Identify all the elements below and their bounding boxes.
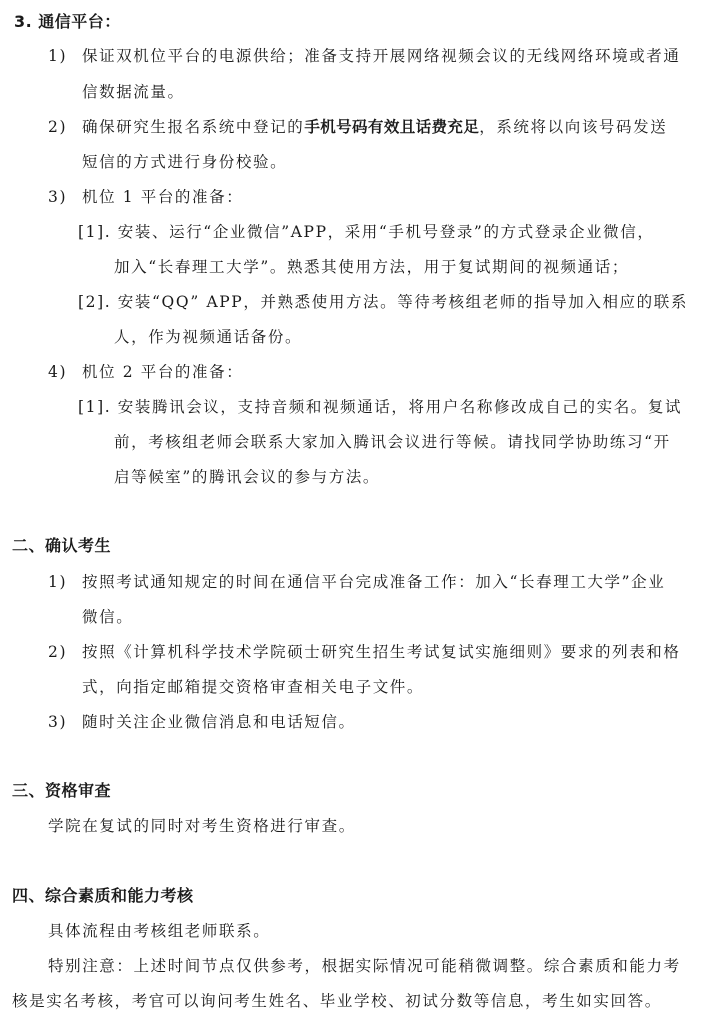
list-item-continuation: 短信的方式进行身份校验。 [82, 152, 287, 172]
sub-list-item-continuation: 加入“长春理工大学”。熟悉其使用方法，用于复试期间的视频通话； [114, 257, 629, 277]
list-item: 1)保证双机位平台的电源供给；准备支持开展网络视频会议的无线网络环境或者通 [48, 46, 681, 66]
list-item: 1)按照考试通知规定的时间在通信平台完成准备工作：加入“长春理工大学”企业 [48, 572, 665, 592]
list-item: 2)确保研究生报名系统中登记的手机号码有效且话费充足，系统将以向该号码发送 [48, 117, 667, 137]
sub-list-item-continuation: 人，作为视频通话备份。 [114, 327, 302, 347]
list-item: 3)随时关注企业微信消息和电话短信。 [48, 712, 356, 732]
paragraph-note: 特别注意：上述时间节点仅供参考，根据实际情况可能稍微调整。综合素质和能力考 [48, 956, 681, 976]
paragraph-note-continuation: 核是实名考核，考官可以询问考生姓名、毕业学校、初试分数等信息，考生如实回答。 [12, 991, 662, 1011]
section-two-heading: 二、确认考生 [12, 536, 111, 556]
section-three-heading: 三、资格审查 [12, 781, 111, 801]
sub-list-item-continuation: 前，考核组老师会联系大家加入腾讯会议进行等候。请找同学协助练习“开 [114, 432, 671, 452]
list-item-continuation: 信数据流量。 [82, 82, 185, 102]
paragraph: 学院在复试的同时对考生资格进行审查。 [48, 816, 356, 836]
sub-list-item: [1]. 安装腾讯会议，支持音频和视频通话，将用户名称修改成自己的实名。复试 [78, 397, 682, 417]
sub-list-item-continuation: 启等候室”的腾讯会议的参与方法。 [114, 467, 380, 487]
emphasis-text: 手机号码有效且话费充足 [304, 118, 479, 136]
sub-list-item: [2]. 安装“QQ” APP，并熟悉使用方法。等待考核组老师的指导加入相应的联… [78, 292, 688, 312]
list-item: 3)机位 1 平台的准备： [48, 187, 243, 207]
list-item-continuation: 微信。 [82, 607, 133, 627]
section-four-heading: 四、综合素质和能力考核 [12, 886, 194, 906]
sub-list-item: [1]. 安装、运行“企业微信”APP，采用“手机号登录”的方式登录企业微信， [78, 222, 654, 242]
section-3-heading: 3. 通信平台： [14, 12, 121, 32]
list-item-continuation: 式，向指定邮箱提交资格审查相关电子文件。 [82, 677, 424, 697]
list-item: 2)按照《计算机科学技术学院硕士研究生招生考试复试实施细则》要求的列表和格 [48, 642, 681, 662]
list-item: 4)机位 2 平台的准备： [48, 362, 243, 382]
paragraph: 具体流程由考核组老师联系。 [48, 921, 270, 941]
